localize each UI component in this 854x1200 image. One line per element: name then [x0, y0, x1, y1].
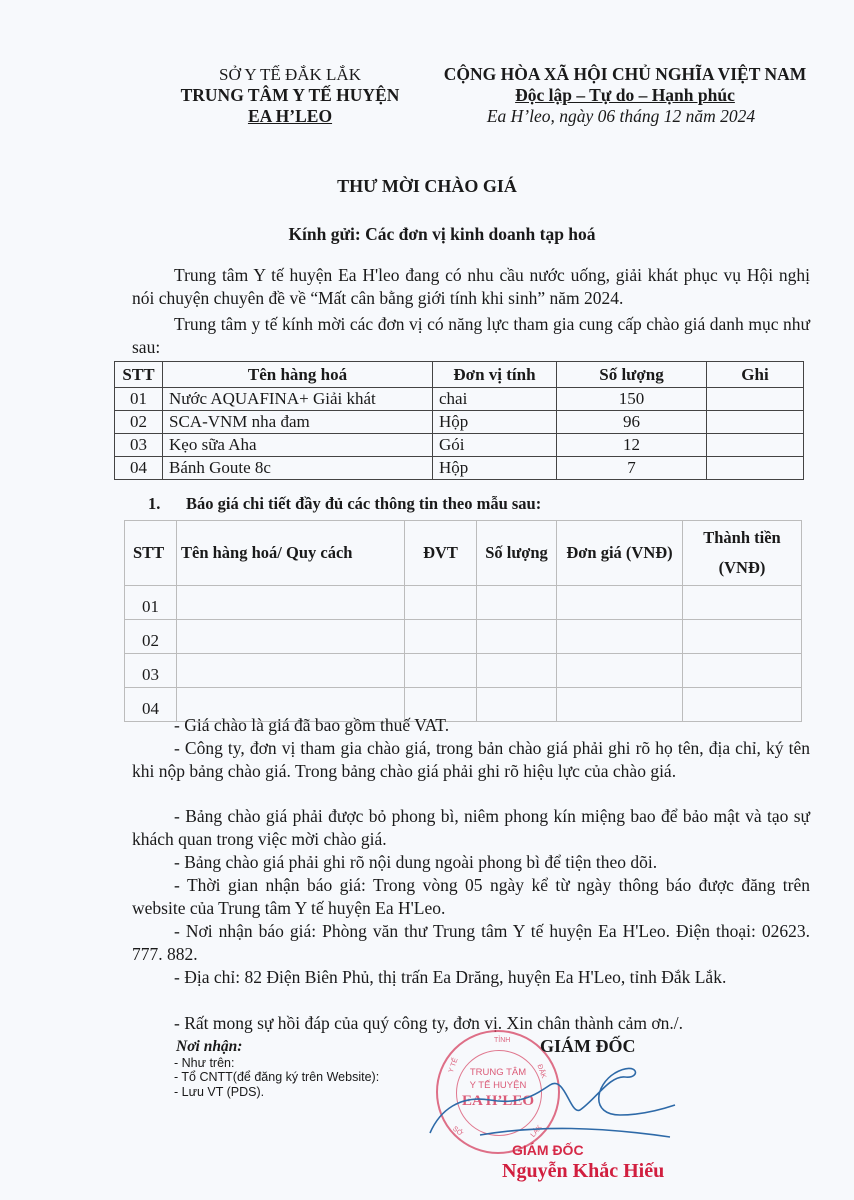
cell-stt: 01: [125, 586, 177, 620]
cell-name-spec: [177, 586, 405, 620]
cell-note: [707, 388, 804, 411]
cell-total: [683, 620, 802, 654]
note-company-info: - Công ty, đơn vị tham gia chào giá, tro…: [132, 737, 810, 782]
place-date: Ea H’leo, ngày 06 tháng 12 năm 2024: [420, 106, 830, 127]
table-row: 02 SCA-VNM nha đam Hộp 96: [115, 411, 804, 434]
cell-name: SCA-VNM nha đam: [163, 411, 433, 434]
note-envelope-label: - Bảng chào giá phải ghi rõ nội dung ngo…: [132, 851, 810, 874]
seal-signer-title: GIÁM ĐỐC: [512, 1142, 584, 1158]
signer-name: Nguyễn Khắc Hiếu: [502, 1160, 664, 1183]
cell-unit: [405, 620, 477, 654]
header-name: Tên hàng hoá: [163, 362, 433, 388]
cell-unit: Hộp: [433, 457, 557, 480]
cell-note: [707, 457, 804, 480]
cell-stt: 04: [115, 457, 163, 480]
quote-table-header: STT Tên hàng hoá/ Quy cách ĐVT Số lượng …: [125, 521, 802, 586]
cell-unit: [405, 654, 477, 688]
table-row: 03: [125, 654, 802, 688]
national-header: CỘNG HÒA XÃ HỘI CHỦ NGHĨA VIỆT NAM Độc l…: [420, 64, 830, 127]
header-name-spec: Tên hàng hoá/ Quy cách: [177, 521, 405, 586]
document-page: SỞ Y TẾ ĐẮK LẮK TRUNG TÂM Y TẾ HUYỆN EA …: [0, 0, 854, 1200]
header-unit: Đơn vị tính: [433, 362, 557, 388]
header-unit-price: Đơn giá (VNĐ): [557, 521, 683, 586]
recipients-list: Nơi nhận: - Như trên: - Tổ CNTT(để đăng …: [174, 1040, 379, 1099]
header-stt: STT: [115, 362, 163, 388]
table-row: 04 Bánh Goute 8c Hộp 7: [115, 457, 804, 480]
cell-stt: 03: [125, 654, 177, 688]
cell-qty: 7: [557, 457, 707, 480]
recipient-item: - Như trên:: [174, 1056, 379, 1071]
cell-qty: 12: [557, 434, 707, 457]
items-table-header: STT Tên hàng hoá Đơn vị tính Số lượng Gh…: [115, 362, 804, 388]
recipient-item: - Tổ CNTT(để đăng ký trên Website):: [174, 1070, 379, 1085]
cell-stt: 01: [115, 388, 163, 411]
table-row: 01: [125, 586, 802, 620]
note-closing: - Rất mong sự hồi đáp của quý công ty, đ…: [132, 1012, 810, 1035]
cell-unit-price: [557, 620, 683, 654]
note-submission-place: - Nơi nhận báo giá: Phòng văn thư Trung …: [132, 920, 810, 965]
note-vat: - Giá chào là giá đã bao gồm thuế VAT.: [132, 714, 810, 737]
signer-title: GIÁM ĐỐC: [540, 1036, 636, 1057]
cell-qty: [477, 620, 557, 654]
cell-note: [707, 434, 804, 457]
table-row: 03 Kẹo sữa Aha Gói 12: [115, 434, 804, 457]
cell-qty: 96: [557, 411, 707, 434]
nation-name: CỘNG HÒA XÃ HỘI CHỦ NGHĨA VIỆT NAM: [420, 64, 830, 85]
cell-unit-price: [557, 654, 683, 688]
note-deadline: - Thời gian nhận báo giá: Trong vòng 05 …: [132, 874, 810, 919]
note-sealed-envelope: - Bảng chào giá phải được bỏ phong bì, n…: [132, 805, 810, 850]
header-unit: ĐVT: [405, 521, 477, 586]
department-name: SỞ Y TẾ ĐẮK LẮK: [130, 64, 450, 85]
national-motto: Độc lập – Tự do – Hạnh phúc: [420, 85, 830, 106]
cell-unit: Gói: [433, 434, 557, 457]
recipients-heading: Nơi nhận:: [176, 1040, 379, 1055]
table-row: 02: [125, 620, 802, 654]
cell-unit: chai: [433, 388, 557, 411]
cell-note: [707, 411, 804, 434]
cell-name: Nước AQUAFINA+ Giải khát: [163, 388, 433, 411]
table-row: 01 Nước AQUAFINA+ Giải khát chai 150: [115, 388, 804, 411]
intro-paragraph-2: Trung tâm y tế kính mời các đơn vị có nă…: [132, 313, 810, 358]
cell-stt: 03: [115, 434, 163, 457]
header-qty: Số lượng: [557, 362, 707, 388]
cell-total: [683, 586, 802, 620]
cell-stt: 02: [115, 411, 163, 434]
cell-qty: [477, 586, 557, 620]
issuer-header: SỞ Y TẾ ĐẮK LẮK TRUNG TÂM Y TẾ HUYỆN EA …: [130, 64, 450, 127]
header-qty: Số lượng: [477, 521, 557, 586]
org-name-line1: TRUNG TÂM Y TẾ HUYỆN: [130, 85, 450, 106]
quote-template-table: STT Tên hàng hoá/ Quy cách ĐVT Số lượng …: [124, 520, 802, 722]
cell-qty: [477, 654, 557, 688]
items-table: STT Tên hàng hoá Đơn vị tính Số lượng Gh…: [114, 361, 804, 480]
cell-unit-price: [557, 586, 683, 620]
note-address: - Địa chỉ: 82 Điện Biên Phủ, thị trấn Ea…: [132, 966, 810, 989]
header-stt: STT: [125, 521, 177, 586]
org-name-line2: EA H’LEO: [130, 106, 450, 127]
cell-name-spec: [177, 654, 405, 688]
cell-unit: [405, 586, 477, 620]
recipient-line: Kính gửi: Các đơn vị kinh doanh tạp hoá: [0, 224, 854, 245]
recipient-item: - Lưu VT (PDS).: [174, 1085, 379, 1100]
cell-name: Kẹo sữa Aha: [163, 434, 433, 457]
intro-paragraph-1: Trung tâm Y tế huyện Ea H'leo đang có nh…: [132, 264, 810, 309]
header-total: Thành tiền (VNĐ): [683, 521, 802, 586]
cell-qty: 150: [557, 388, 707, 411]
cell-name: Bánh Goute 8c: [163, 457, 433, 480]
cell-stt: 02: [125, 620, 177, 654]
header-note: Ghi: [707, 362, 804, 388]
cell-name-spec: [177, 620, 405, 654]
cell-total: [683, 654, 802, 688]
handwritten-signature-icon: [420, 1055, 680, 1155]
section-1-heading: 1.Báo giá chi tiết đầy đủ các thông tin …: [148, 494, 541, 514]
document-title: THƯ MỜI CHÀO GIÁ: [0, 176, 854, 197]
cell-unit: Hộp: [433, 411, 557, 434]
